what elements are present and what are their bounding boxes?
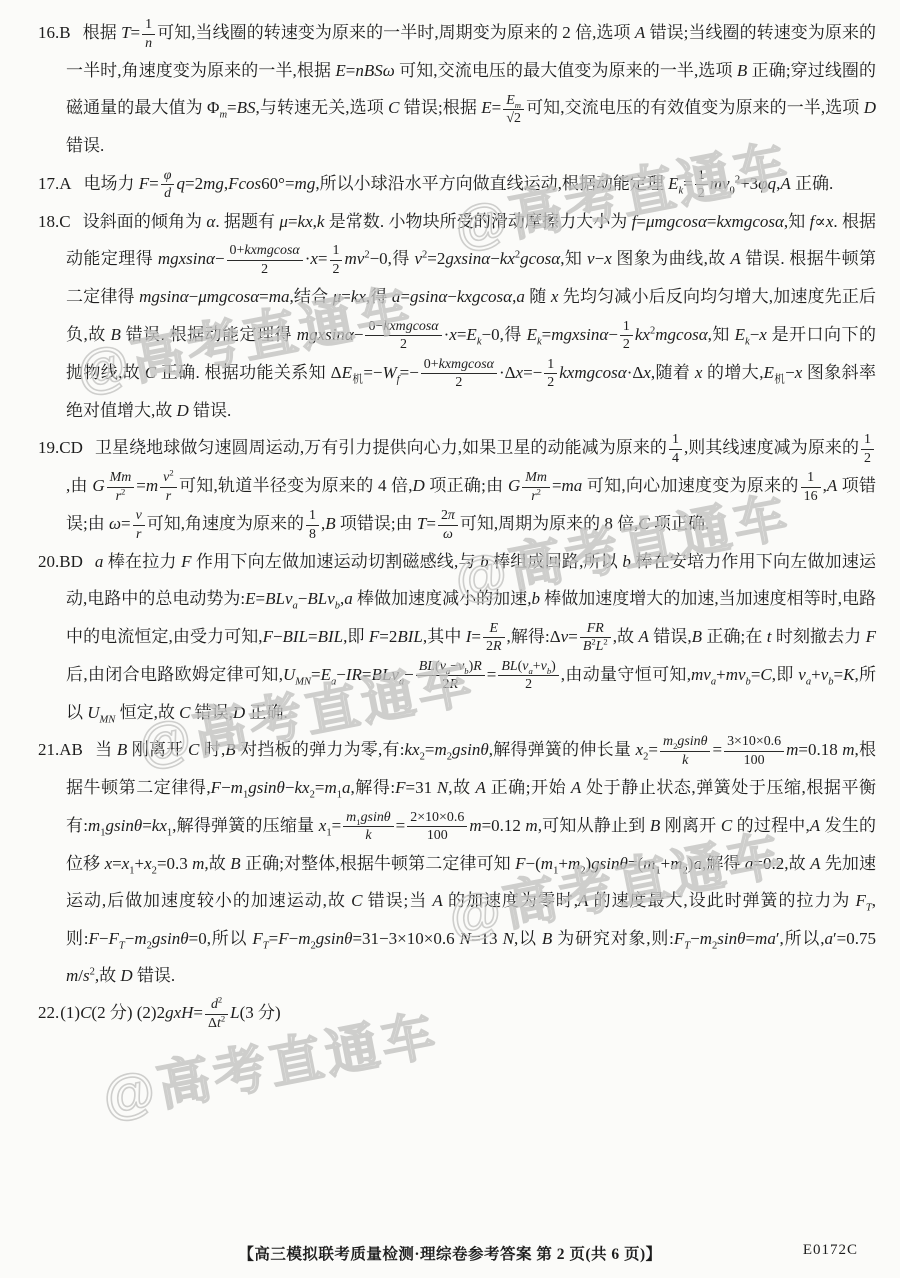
fraction: 1n [142,16,155,52]
fraction: 0+kxmgcosα2 [227,242,303,278]
answer-text: 可知,角速度为原来的 [147,514,304,533]
fraction: 0+kxmgcosα2 [421,356,497,392]
fraction: 14 [669,431,682,467]
fraction: FRB2L2 [580,620,611,656]
fraction: 12 [861,431,874,467]
answer-item-19: 19.CD卫星绕地球做匀速圆周运动,万有引力提供向心力,如果卫星的动能减为原来的… [38,429,876,543]
fraction: Mmr2 [107,469,135,505]
fraction: 3×10×0.6100 [724,733,784,769]
answer-item-16: 16.B根据 T=1n可知,当线圈的转速变为原来的一半时,周期变为原来的 2 倍… [38,14,876,165]
answer-item-17: 17.A电场力 F=φdq=2mg,Fcos60°=mg,所以小球沿水平方向做直… [38,165,876,203]
answer-text: ,解得:Δv= [507,627,578,646]
answer-text: m=0.12 m,可知从静止到 B 刚离开 C 的过程中,A 发生的位移 x=x… [66,816,876,985]
answer-text: ·x= [305,249,328,268]
item-number: 17.A [38,174,72,193]
fraction: Mmr2 [522,469,550,505]
answer-text: L(3 分) [230,1003,281,1022]
answer-item-21: 21.AB当 B 刚离开 C 时,B 对挡板的弹力为零,有:kx2=m2gsin… [38,731,876,994]
answer-text: 可知,周期为原来的 8 倍,C 项正确. [460,514,709,533]
answer-text: 卫星绕地球做匀速圆周运动,万有引力提供向心力,如果卫星的动能减为原来的 [95,438,667,457]
answer-text: ,B 项错误;由 T= [321,514,436,533]
item-number: 21.AB [38,740,83,759]
page-footer: 【高三模拟联考质量检测·理综卷参考答案 第 2 页(共 6 页)】 E0172C [0,1242,900,1266]
answer-text: = [487,665,497,684]
paper-code: E0172C [803,1242,858,1259]
item-number: 19.CD [38,438,83,457]
fraction: 18 [306,507,319,543]
fraction: 116 [801,469,821,505]
fraction: BL(va+vb)2 [498,658,558,694]
fraction: d2Δt2 [205,996,228,1032]
answer-text: 可知,轨道半径变为原来的 4 倍,D 项正确;由 G [179,476,521,495]
answer-text: ·Δx=− [499,363,542,382]
item-number: 20.BD [38,552,83,571]
fraction: 2×10×0.6100 [407,809,467,845]
answer-text: 电场力 F= [84,174,159,193]
answer-item-20: 20.BDa 棒在拉力 F 作用下向左做加速运动切割磁感线,与 b 棒组成回路,… [38,543,876,731]
answer-text: mv02+3φq,A 正确. [710,174,834,193]
answer-item-18: 18.C设斜面的倾角为 α. 据题有 μ=kx,k 是常数. 小物块所受的滑动摩… [38,203,876,429]
item-number: 18.C [38,212,71,231]
answer-text: ,则其线速度减为原来的 [684,438,859,457]
answer-text: ,由 G [66,476,105,495]
fraction: 12 [544,356,557,392]
fraction: Em√2 [503,92,524,128]
fraction: BL(va−vb)R2R [416,658,485,694]
fraction: 12 [620,318,633,354]
answer-text: ·x=Ek−0,得 Ek=mgxsinα− [444,325,618,344]
answer-text: = [396,816,406,835]
answer-text: 根据 T= [83,23,141,42]
answer-text: =ma 可知,向心加速度变为原来的 [552,476,799,495]
answer-text: 当 B 刚离开 C 时,B 对挡板的弹力为零,有:kx2=m2gsinθ,解得弹… [95,740,658,759]
fraction: φd [161,167,175,203]
fraction: 2πω [438,507,458,543]
answer-item-22: 22.(1)C(2 分) (2)2gxH=d2Δt2L(3 分) [38,994,876,1032]
scanned-answer-page: 16.B根据 T=1n可知,当线圈的转速变为原来的一半时,周期变为原来的 2 倍… [0,0,900,1278]
fraction: m1gsinθk [343,809,393,845]
answer-text: = [712,740,722,759]
fraction: v2r [160,469,177,505]
fraction: E2R [483,620,504,656]
footer-title: 【高三模拟联考质量检测·理综卷参考答案 第 2 页(共 6 页)】 [0,1242,900,1264]
item-number: 22. [38,1003,59,1022]
fraction: 0−kxmgcosα2 [365,318,441,354]
item-number: 16.B [38,23,71,42]
fraction: 12 [695,167,708,203]
answers-list: 16.B根据 T=1n可知,当线圈的转速变为原来的一半时,周期变为原来的 2 倍… [38,14,876,1032]
answer-text: =m [136,476,158,495]
fraction: 12 [330,242,343,278]
fraction: vr [133,507,145,543]
answer-text: (1)C(2 分) (2)2gxH= [60,1003,203,1022]
fraction: m2gsinθk [660,733,710,769]
answer-text: q=2mg,Fcos60°=mg,所以小球沿水平方向做直线运动,根据动能定理 E… [176,174,692,193]
